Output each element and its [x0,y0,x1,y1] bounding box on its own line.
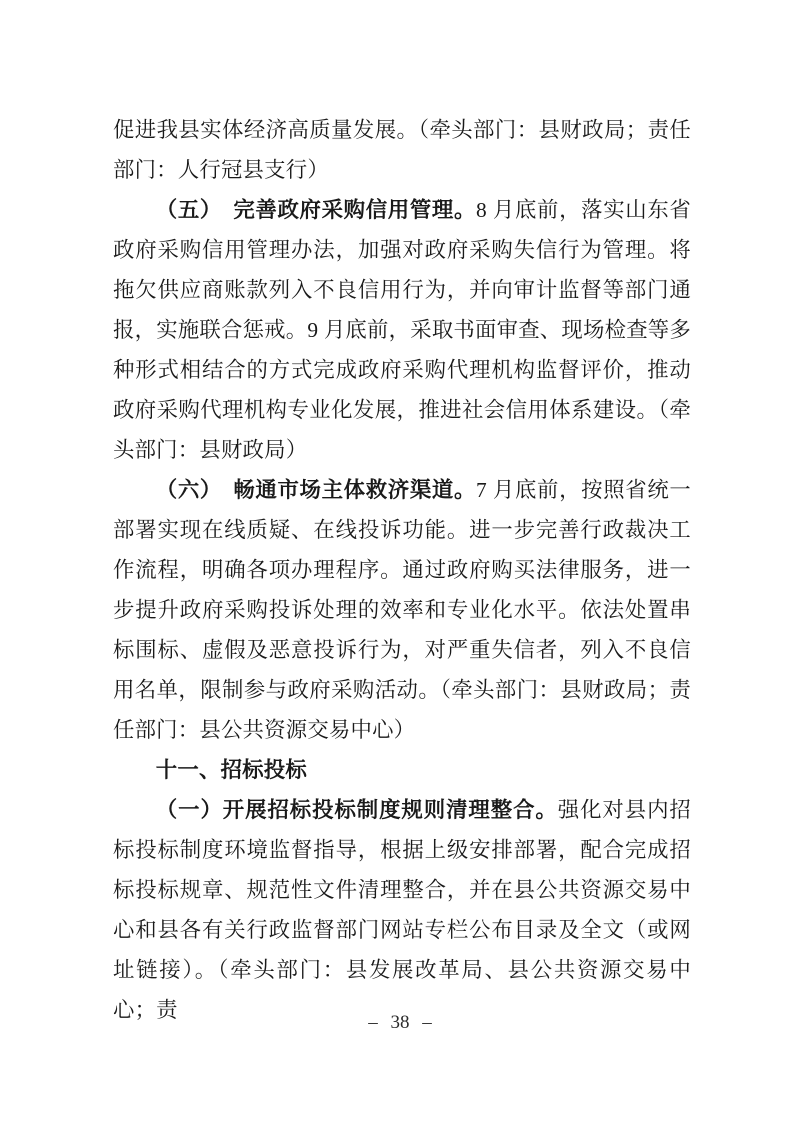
text-segment-bold: （五） 完善政府采购信用管理。 [156,198,476,222]
text-segment-body: 7 月底前，按照省统一部署实现在线质疑、在线投诉功能。进一步完善行政裁决工作流程… [113,478,691,702]
paragraph-item-5: （五） 完善政府采购信用管理。8 月底前，落实山东省政府采购信用管理办法，加强对… [113,190,691,470]
text-segment-body: 强化对县内招标投标制度环境监督指导，根据上级安排部署，配合完成招标投标规章、规范… [113,798,691,982]
text-segment-body: 8 月底前，落实山东省政府采购信用管理办法，加强对政府采购失信行为管理。将拖欠供… [113,198,691,422]
heading-section-11: 十一、招标投标 [113,750,691,790]
document-page: 促进我县实体经济高质量发展。（牵头部门：县财政局；责任部门：人行冠县支行）（五）… [0,0,800,1132]
paragraph-item-6: （六） 畅通市场主体救济渠道。7 月底前，按照省统一部署实现在线质疑、在线投诉功… [113,470,691,750]
paragraph-continuation: 促进我县实体经济高质量发展。（牵头部门：县财政局；责任部门：人行冠县支行） [113,110,691,190]
paragraph-item-1: （一）开展招标投标制度规则清理整合。强化对县内招标投标制度环境监督指导，根据上级… [113,790,691,1030]
text-segment-body: 促进我县实体经济高质量发展。 [113,118,418,142]
document-body: 促进我县实体经济高质量发展。（牵头部门：县财政局；责任部门：人行冠县支行）（五）… [113,110,691,1030]
text-segment-bold: （六） 畅通市场主体救济渠道。 [156,478,476,502]
text-segment-hei: 十一、招标投标 [156,758,307,782]
page-number: – 38 – [0,1012,800,1034]
text-segment-bold: （一）开展招标投标制度规则清理整合。 [156,798,558,822]
